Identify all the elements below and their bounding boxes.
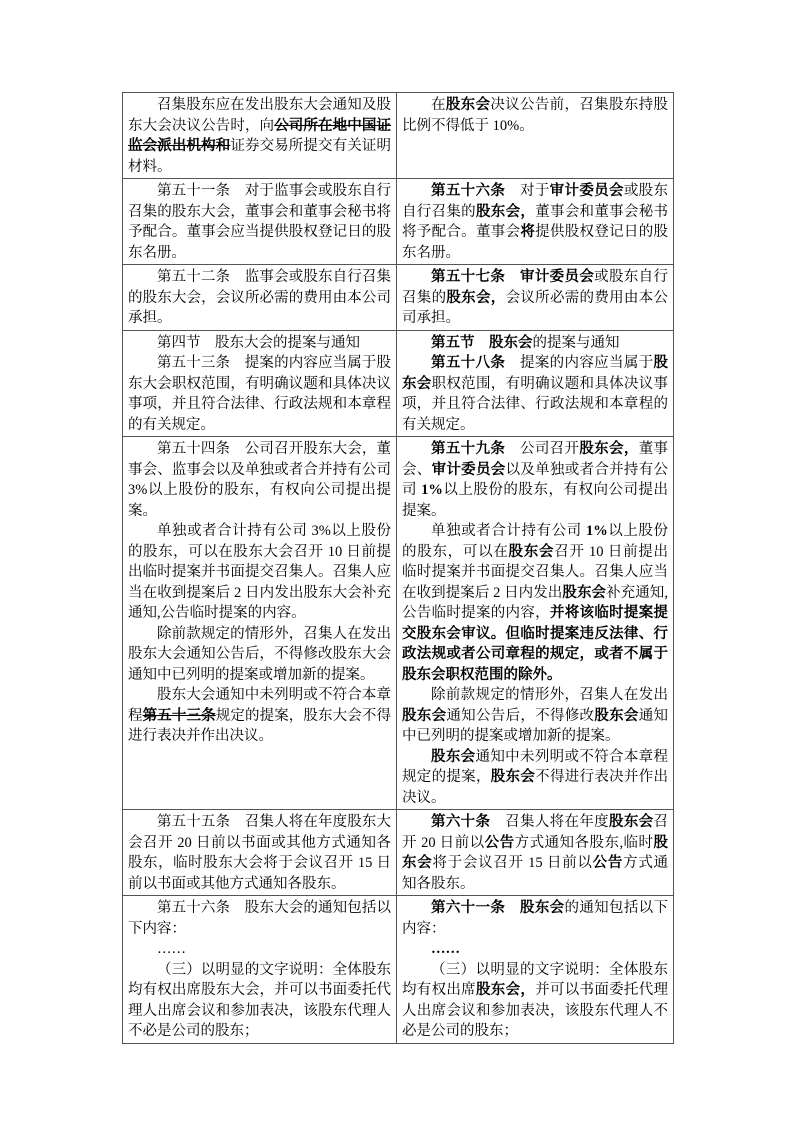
text-run: 除前款规定的情形外，召集人在发出 xyxy=(431,687,668,703)
text-run: 第五十五条 召集人将在年度股东大会召开 20 日前以书面或其他方式通知各股东，临… xyxy=(128,814,391,892)
changed-text-run: 第五十七条 审计委员会 xyxy=(431,269,594,285)
changed-text-run: 1% xyxy=(586,523,608,539)
changed-text-run: …… xyxy=(431,941,460,957)
text-run: 除前款规定的情形外，召集人在发出股东大会通知公告后，不得修改股东大会通知中已列明… xyxy=(128,626,391,683)
document-page: 召集股东应在发出股东大会通知及股东大会决议公告时，向公司所在地中国证监会派出机构… xyxy=(0,0,794,1122)
new-version-cell: 第五十六条 对于审计委员会或股东自行召集的股东会，董事会和董事会秘书将予配合。董… xyxy=(397,179,674,265)
deleted-text-run: 第五十三条 xyxy=(143,708,216,724)
paragraph: 第五十六条 股东大会的通知包括以下内容： xyxy=(128,898,391,939)
changed-text-run: 股东会 xyxy=(491,769,535,785)
changed-text-run: 股东会 xyxy=(446,97,491,113)
paragraph: 第六十一条 股东会的通知包括以下内容： xyxy=(402,898,668,939)
changed-text-run: 股东会， xyxy=(446,290,505,306)
text-run: 将于会议召开 15 日前以 xyxy=(432,855,592,871)
new-version-cell: 在股东会决议公告前，召集股东持股比例不得低于 10%。 xyxy=(397,93,674,179)
new-version-cell: 第六十条 召集人将在年度股东会召开 20 日前以公告方式通知各股东,临时股东会将… xyxy=(397,810,674,896)
paragraph: （三）以明显的文字说明：全体股东均有权出席股东大会，并可以书面委托代理人出席会议… xyxy=(128,960,391,1042)
text-run: 职权范围，有明确议题和具体决议事项，并且符合法律、行政法规和本章程的有关规定。 xyxy=(402,376,668,433)
text-run: 方式通知各股东,临时 xyxy=(515,835,654,851)
paragraph: 第五十五条 召集人将在年度股东大会召开 20 日前以书面或其他方式通知各股东，临… xyxy=(128,812,391,894)
paragraph: 第五十四条 公司召开股东大会，董事会、监事会以及单独或者合并持有公司 3%以上股… xyxy=(128,439,391,521)
paragraph: （三）以明显的文字说明：全体股东均有权出席股东会，并可以书面委托代理人出席会议和… xyxy=(402,960,668,1042)
text-run: 通知公告后，不得修改 xyxy=(446,708,594,724)
text-run: 单独或者合计持有公司 xyxy=(431,523,586,539)
text-run: 对于 xyxy=(505,183,550,199)
paragraph: 第五十三条 提案的内容应当属于股东大会职权范围，有明确议题和具体决议事项，并且符… xyxy=(128,353,391,435)
changed-text-run: 审计委员会 xyxy=(550,183,624,199)
paragraph: 召集股东应在发出股东大会通知及股东大会决议公告时，向公司所在地中国证监会派出机构… xyxy=(128,95,391,177)
text-run: 第四节 股东大会的提案与通知 xyxy=(157,335,360,351)
text-run: 第五十一条 对于监事会或股东自行召集的股东大会，董事会和董事会秘书将予配合。董事… xyxy=(128,183,391,261)
text-run: 公司召开 xyxy=(505,441,579,457)
new-version-cell: 第五十九条 公司召开股东会，董事会、审计委员会以及单独或者合并持有公司 1%以上… xyxy=(397,437,674,810)
text-run: 单独或者合计持有公司 3%以上股份的股东，可以在股东大会召开 10 日前提出临时… xyxy=(128,523,391,621)
text-run: …… xyxy=(157,941,186,957)
text-run: 的提案与通知 xyxy=(533,335,620,351)
paragraph: 在股东会决议公告前，召集股东持股比例不得低于 10%。 xyxy=(402,95,668,136)
changed-text-run: 1% xyxy=(421,482,443,498)
changed-text-run: 股东会， xyxy=(476,982,535,998)
text-run: 第五十三条 提案的内容应当属于股东大会职权范围，有明确议题和具体决议事项，并且符… xyxy=(128,355,391,433)
text-run: 召集人将在年度 xyxy=(490,814,609,830)
paragraph: …… xyxy=(402,939,668,960)
changed-text-run: 第五十八条 xyxy=(431,355,505,371)
old-version-cell: 第五十六条 股东大会的通知包括以下内容：……（三）以明显的文字说明：全体股东均有… xyxy=(123,896,397,1044)
changed-text-run: 股东会 xyxy=(562,585,606,601)
changed-text-run: 股东会 xyxy=(431,749,476,765)
changed-text-run: 审计委员会 xyxy=(432,462,506,478)
text-run: 第五十六条 股东大会的通知包括以下内容： xyxy=(128,900,391,937)
table-body: 召集股东应在发出股东大会通知及股东大会决议公告时，向公司所在地中国证监会派出机构… xyxy=(123,93,674,1044)
changed-text-run: 第五十九条 xyxy=(431,441,505,457)
paragraph: 除前款规定的情形外，召集人在发出股东会通知公告后，不得修改股东会通知中已列明的提… xyxy=(402,685,668,747)
paragraph: 第五十一条 对于监事会或股东自行召集的股东大会，董事会和董事会秘书将予配合。董事… xyxy=(128,181,391,263)
changed-text-run: 公告 xyxy=(593,855,623,871)
table-row: 第五十六条 股东大会的通知包括以下内容：……（三）以明显的文字说明：全体股东均有… xyxy=(123,896,674,1044)
paragraph: 第五十七条 审计委员会或股东自行召集的股东会，会议所必需的费用由本公司承担。 xyxy=(402,267,668,329)
new-version-cell: 第五节 股东会的提案与通知第五十八条 提案的内容应当属于股东会职权范围，有明确议… xyxy=(397,330,674,437)
paragraph: 第四节 股东大会的提案与通知 xyxy=(128,333,391,354)
changed-text-run: 将 xyxy=(520,224,535,240)
changed-text-run: 第五节 股东会 xyxy=(431,335,533,351)
table-row: 第五十五条 召集人将在年度股东大会召开 20 日前以书面或其他方式通知各股东，临… xyxy=(123,810,674,896)
paragraph: 单独或者合计持有公司 3%以上股份的股东，可以在股东大会召开 10 日前提出临时… xyxy=(128,521,391,624)
table-row: 召集股东应在发出股东大会通知及股东大会决议公告时，向公司所在地中国证监会派出机构… xyxy=(123,93,674,179)
old-version-cell: 第五十五条 召集人将在年度股东大会召开 20 日前以书面或其他方式通知各股东，临… xyxy=(123,810,397,896)
table-row: 第五十四条 公司召开股东大会，董事会、监事会以及单独或者合并持有公司 3%以上股… xyxy=(123,437,674,810)
old-version-cell: 第五十二条 监事会或股东自行召集的股东大会，会议所必需的费用由本公司承担。 xyxy=(123,265,397,331)
changed-text-run: 股东会 xyxy=(609,814,654,830)
new-version-cell: 第六十一条 股东会的通知包括以下内容：……（三）以明显的文字说明：全体股东均有权… xyxy=(397,896,674,1044)
old-version-cell: 第四节 股东大会的提案与通知第五十三条 提案的内容应当属于股东大会职权范围，有明… xyxy=(123,330,397,437)
changed-text-run: 第六十条 xyxy=(431,814,490,830)
old-version-cell: 第五十一条 对于监事会或股东自行召集的股东大会，董事会和董事会秘书将予配合。董事… xyxy=(123,179,397,265)
old-version-cell: 召集股东应在发出股东大会通知及股东大会决议公告时，向公司所在地中国证监会派出机构… xyxy=(123,93,397,179)
text-run: 第五十四条 公司召开股东大会，董事会、监事会以及单独或者合并持有公司 3%以上股… xyxy=(128,441,391,519)
table-row: 第五十二条 监事会或股东自行召集的股东大会，会议所必需的费用由本公司承担。第五十… xyxy=(123,265,674,331)
comparison-table: 召集股东应在发出股东大会通知及股东大会决议公告时，向公司所在地中国证监会派出机构… xyxy=(122,92,674,1044)
paragraph: 第五节 股东会的提案与通知 xyxy=(402,333,668,354)
changed-text-run: 股东会 xyxy=(509,544,555,560)
changed-text-run: 股东会 xyxy=(594,708,638,724)
paragraph: 第五十二条 监事会或股东自行召集的股东大会，会议所必需的费用由本公司承担。 xyxy=(128,267,391,329)
changed-text-run: 股东会， xyxy=(476,204,535,220)
text-run: 在 xyxy=(431,97,446,113)
paragraph: 除前款规定的情形外，召集人在发出股东大会通知公告后，不得修改股东大会通知中已列明… xyxy=(128,624,391,686)
paragraph: 第六十条 召集人将在年度股东会召开 20 日前以公告方式通知各股东,临时股东会将… xyxy=(402,812,668,894)
paragraph: …… xyxy=(128,939,391,960)
old-version-cell: 第五十四条 公司召开股东大会，董事会、监事会以及单独或者合并持有公司 3%以上股… xyxy=(123,437,397,810)
paragraph: 第五十九条 公司召开股东会，董事会、审计委员会以及单独或者合并持有公司 1%以上… xyxy=(402,439,668,521)
changed-text-run: 第五十六条 xyxy=(431,183,505,199)
table-row: 第四节 股东大会的提案与通知第五十三条 提案的内容应当属于股东大会职权范围，有明… xyxy=(123,330,674,437)
changed-text-run: 第六十一条 股东会 xyxy=(431,900,565,916)
table-row: 第五十一条 对于监事会或股东自行召集的股东大会，董事会和董事会秘书将予配合。董事… xyxy=(123,179,674,265)
text-run: 提案的内容应当属于 xyxy=(505,355,653,371)
paragraph: 股东大会通知中未列明或不符合本章程第五十三条规定的提案，股东大会不得进行表决并作… xyxy=(128,685,391,747)
changed-text-run: 公告 xyxy=(485,835,515,851)
paragraph: 第五十六条 对于审计委员会或股东自行召集的股东会，董事会和董事会秘书将予配合。董… xyxy=(402,181,668,263)
paragraph: 第五十八条 提案的内容应当属于股东会职权范围，有明确议题和具体决议事项，并且符合… xyxy=(402,353,668,435)
text-run: 第五十二条 监事会或股东自行召集的股东大会，会议所必需的费用由本公司承担。 xyxy=(128,269,391,326)
new-version-cell: 第五十七条 审计委员会或股东自行召集的股东会，会议所必需的费用由本公司承担。 xyxy=(397,265,674,331)
paragraph: 股东会通知中未列明或不符合本章程规定的提案，股东会不得进行表决并作出决议。 xyxy=(402,747,668,809)
changed-text-run: 股东会 xyxy=(402,708,446,724)
changed-text-run: 股东会， xyxy=(579,441,638,457)
paragraph: 单独或者合计持有公司 1%以上股份的股东，可以在股东会召开 10 日前提出临时提… xyxy=(402,521,668,685)
text-run: （三）以明显的文字说明：全体股东均有权出席股东大会，并可以书面委托代理人出席会议… xyxy=(128,962,391,1040)
